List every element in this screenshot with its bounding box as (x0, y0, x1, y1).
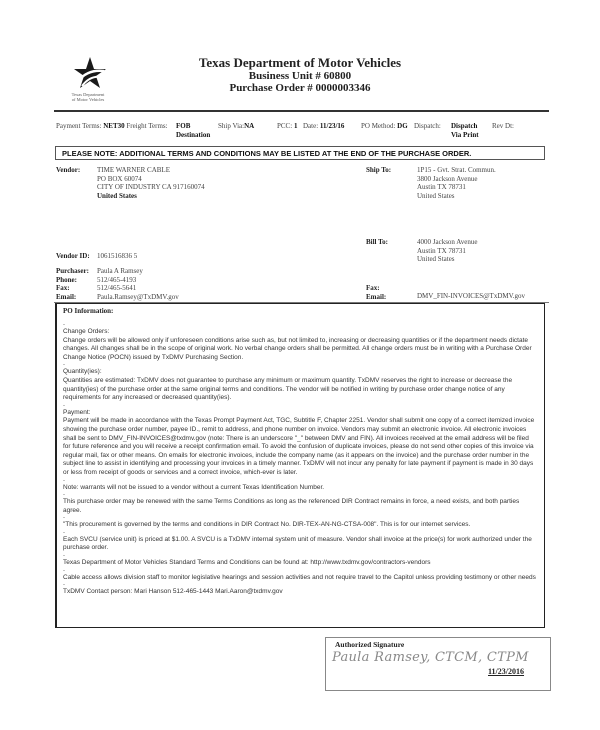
page-title: Texas Department of Motor Vehicles (150, 56, 450, 70)
purchaser-email[interactable]: Paula.Ramsey@TxDMV.gov (97, 293, 179, 302)
signature-date: 11/23/2016 (488, 667, 524, 676)
warrants-note: Note: warrants will not be issued to a v… (63, 484, 538, 493)
document-header: Texas Department of Motor Vehicles Busin… (150, 56, 450, 94)
purchase-order-number: Purchase Order # 0000003346 (150, 82, 450, 94)
standard-terms-text: Texas Department of Motor Vehicles Stand… (63, 559, 538, 568)
purchaser-labels: Purchaser: Phone: Fax: Email: (56, 267, 89, 301)
bill-to-address: 4000 Jackson Avenue Austin TX 78731 Unit… (417, 238, 478, 264)
terms-notice: PLEASE NOTE: ADDITIONAL TERMS AND CONDIT… (55, 146, 545, 160)
ship-to-label: Ship To: (366, 166, 391, 174)
change-orders-text: Change orders will be allowed only if un… (63, 337, 538, 363)
purchaser-values: Paula A Ramsey 512/465-4193 512/465-5641… (97, 267, 179, 301)
svcu-text: Each SVCU (service unit) is priced at $1… (63, 536, 538, 553)
vendor-label: Vendor: (56, 166, 80, 174)
vendor-id-label: Vendor ID: (56, 252, 90, 260)
payment-heading: Payment: (63, 409, 538, 418)
bill-to-email[interactable]: DMV_FIN-INVOICES@TxDMV.gov (417, 292, 525, 301)
purchaser-phone: 512/465-4193 (97, 276, 179, 285)
handwritten-signature: Paula Ramsey, CTCM, CTPM (332, 650, 529, 665)
purchaser-fax: 512/465-5641 (97, 284, 179, 293)
vendor-id-value: 1061516836 5 (97, 252, 137, 261)
bill-to-contact-labels: Fax: Email: (366, 284, 386, 301)
quantities-text: Quantities are estimated: TxDMV does not… (63, 377, 538, 403)
dir-contract-text: "This procurement is governed by the ter… (63, 521, 538, 530)
payment-text: Payment will be made in accordance with … (63, 417, 538, 477)
logo-caption: Texas Department of Motor Vehicles (58, 92, 118, 102)
cable-access-text: Cable access allows division staff to mo… (63, 574, 538, 583)
payment-terms: Payment Terms: NET30 Freight Terms: (56, 122, 168, 131)
po-information-title: PO Information: (63, 307, 538, 316)
po-method: PO Method: DG (361, 122, 408, 131)
quantities-heading: Quantity(ies): (63, 368, 538, 377)
rev-date: Rev Dt: (492, 122, 514, 131)
signature-label: Authorized Signature (335, 640, 404, 649)
po-information-box: PO Information: - Change Orders: Change … (55, 303, 545, 628)
change-orders-heading: Change Orders: (63, 328, 538, 337)
ship-via: Ship Via:NA (218, 122, 254, 131)
dispatch-value: Dispatch Via Print (451, 122, 479, 140)
ship-to-address: 1P15 - Gvt. Strat. Commun. 3800 Jackson … (417, 166, 496, 200)
purchaser-name: Paula A Ramsey (97, 267, 179, 276)
vendor-address: TIME WARNER CABLE PO BOX 60074 CITY OF I… (97, 166, 205, 200)
contact-person-text: TxDMV Contact person: Mari Hanson 512-46… (63, 588, 538, 597)
dispatch-label: Dispatch: (414, 122, 441, 131)
star-logo-icon (68, 55, 108, 91)
po-date: Date: 11/23/16 (303, 122, 344, 131)
txdmv-logo: Texas Department of Motor Vehicles (58, 55, 118, 105)
renewal-text: This purchase order may be renewed with … (63, 498, 538, 515)
business-unit: Business Unit # 60800 (150, 70, 450, 82)
header-divider (54, 110, 549, 112)
bill-to-label: Bill To: (366, 238, 388, 246)
pcc: PCC: 1 (277, 122, 297, 131)
freight-terms-value: FOB Destination (176, 122, 210, 140)
